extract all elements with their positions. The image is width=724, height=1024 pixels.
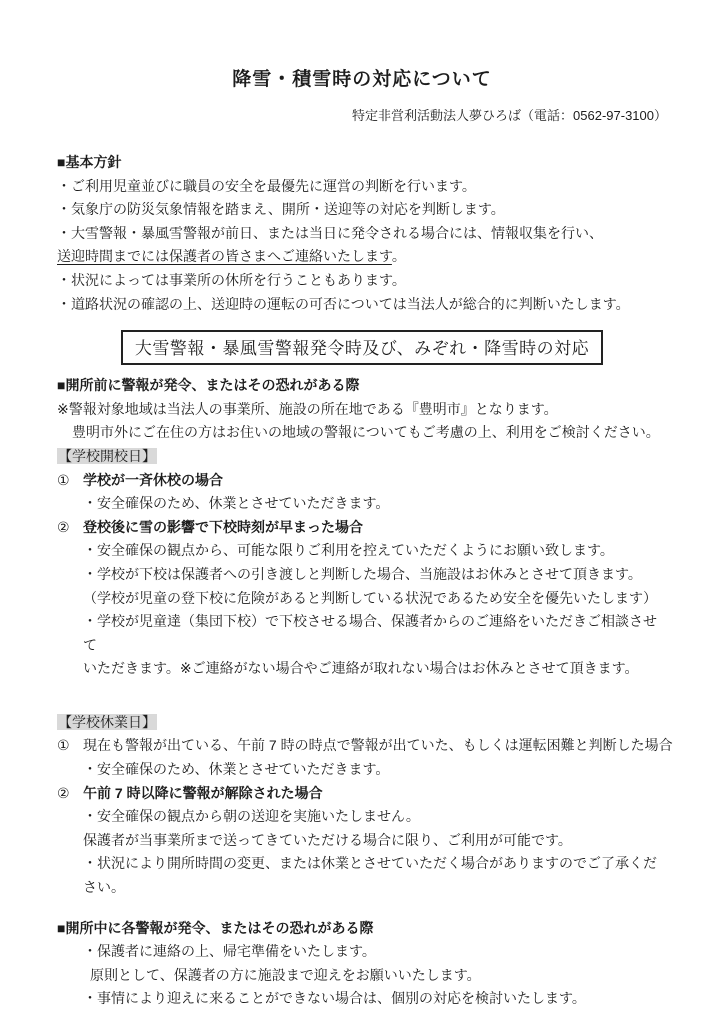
item-heading: 現在も警報が出ている、午前 7 時の時点で警報が出ていた、もしくは運転困難と判断… <box>83 734 673 758</box>
basic-policy-line: ・気象庁の防災気象情報を踏まえ、開所・送迎等の対応を判断します。 <box>57 198 667 222</box>
during-opening-line: ・保護者に連絡の上、帰宅準備をいたします。 <box>57 940 667 964</box>
item-detail-line: ・安全確保のため、休業とさせていただきます。 <box>57 758 667 782</box>
school-closed-day-label: 【学校休業日】 <box>57 711 667 735</box>
item-detail-line: ・学校が児童達（集団下校）で下校させる場合、保護者からのご連絡をいただきご相談さ… <box>57 610 667 657</box>
school-closed-item-2: ② 午前 7 時以降に警報が解除された場合 <box>57 782 667 806</box>
school-closed-item-1: ① 現在も警報が出ている、午前 7 時の時点で警報が出ていた、もしくは運転困難と… <box>57 734 667 758</box>
item-detail-line: いただきます。※ご連絡がない場合やご連絡が取れない場合はお休みとさせて頂きます。 <box>57 657 667 681</box>
circled-number: ① <box>57 734 83 758</box>
highlighted-label: 【学校休業日】 <box>57 714 157 730</box>
basic-policy-line: ・大雪警報・暴風雪警報が前日、または当日に発令される場合には、情報収集を行い、 <box>57 222 667 246</box>
school-open-item-1: ① 学校が一斉休校の場合 <box>57 469 667 493</box>
document-page: 降雪・積雪時の対応について 特定非営利活動法人夢ひろば（電話：0562-97-3… <box>0 0 724 1024</box>
highlighted-label: 【学校開校日】 <box>57 448 157 464</box>
basic-policy-line-underlined: 送迎時間までには保護者の皆さまへご連絡いたします。 <box>57 245 667 269</box>
during-opening-heading: ■開所中に各警報が発令、またはその恐れがある際 <box>57 917 667 941</box>
school-closed-day-block: 【学校休業日】 ① 現在も警報が出ている、午前 7 時の時点で警報が出ていた、も… <box>57 711 667 900</box>
item-detail-line: （学校が児童の登下校に危険があると判断している状況であるため安全を優先いたします… <box>57 587 667 611</box>
section-before-opening: ■開所前に警報が発令、またはその恐れがある際 ※警報対象地域は当法人の事業所、施… <box>57 374 667 899</box>
item-detail-line: ・安全確保のため、休業とさせていただきます。 <box>57 492 667 516</box>
underlined-text: 送迎時間までには保護者の皆さまへご連絡いたします <box>57 248 392 264</box>
circled-number: ① <box>57 469 83 493</box>
item-detail-continuation: 保護者が当事業所まで送ってきていただける場合に限り、ご利用が可能です。 <box>57 829 667 853</box>
circled-number: ② <box>57 516 83 540</box>
item-detail-line: ・学校が下校は保護者への引き渡しと判断した場合、当施設はお休みとさせて頂きます。 <box>57 563 667 587</box>
item-heading: 学校が一斉休校の場合 <box>83 469 223 493</box>
school-open-day-label: 【学校開校日】 <box>57 445 667 469</box>
page-title: 降雪・積雪時の対応について <box>57 68 667 92</box>
item-detail-line: ・安全確保の観点から、可能な限りご利用を控えていただくようにお願い致します。 <box>57 539 667 563</box>
basic-policy-line: ・ご利用児童並びに職員の安全を最優先に運営の判断を行います。 <box>57 175 667 199</box>
circled-number: ② <box>57 782 83 806</box>
before-opening-heading: ■開所前に警報が発令、またはその恐れがある際 <box>57 374 667 398</box>
item-heading: 午前 7 時以降に警報が解除された場合 <box>83 782 323 806</box>
organization-contact-line: 特定非営利活動法人夢ひろば（電話：0562-97-3100） <box>57 107 667 125</box>
item-detail-line: ・状況により開所時間の変更、または休業とさせていただく場合がありますのでご了承く… <box>57 852 667 899</box>
during-opening-continuation: 原則として、保護者の方に施設まで迎えをお願いいたします。 <box>57 964 667 988</box>
basic-policy-heading: ■基本方針 <box>57 151 667 175</box>
boxed-heading-wrap: 大雪警報・暴風雪警報発令時及び、みぞれ・降雪時の対応 <box>57 330 667 365</box>
warning-area-note: ※警報対象地域は当法人の事業所、施設の所在地である『豊明市』となります。 <box>57 398 667 422</box>
basic-policy-line: ・道路状況の確認の上、送迎時の運転の可否については当法人が総合的に判断いたします… <box>57 293 667 317</box>
boxed-heading: 大雪警報・暴風雪警報発令時及び、みぞれ・降雪時の対応 <box>121 330 603 365</box>
line-tail: 。 <box>392 248 406 264</box>
item-heading: 登校後に雪の影響で下校時刻が早まった場合 <box>83 516 363 540</box>
school-open-item-2: ② 登校後に雪の影響で下校時刻が早まった場合 <box>57 516 667 540</box>
section-during-opening: ■開所中に各警報が発令、またはその恐れがある際 ・保護者に連絡の上、帰宅準備をい… <box>57 917 667 1011</box>
basic-policy-line: ・状況によっては事業所の休所を行うこともあります。 <box>57 269 667 293</box>
section-basic-policy: ■基本方針 ・ご利用児童並びに職員の安全を最優先に運営の判断を行います。 ・気象… <box>57 151 667 316</box>
during-opening-line: ・事情により迎えに来ることができない場合は、個別の対応を検討いたします。 <box>57 987 667 1011</box>
warning-area-note-2: 豊明市外にご在住の方はお住いの地域の警報についてもご考慮の上、利用をご検討くださ… <box>57 421 667 445</box>
item-detail-line: ・安全確保の観点から朝の送迎を実施いたしません。 <box>57 805 667 829</box>
